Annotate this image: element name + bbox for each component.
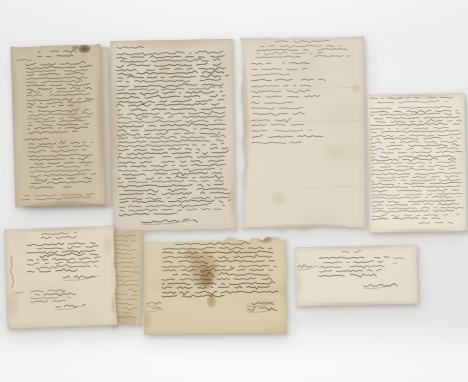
document-bottom-center-surface: [144, 237, 288, 335]
manuscript-list-folded-handwriting: [240, 36, 366, 229]
manuscript-leaf-top-right: [367, 93, 467, 233]
document-bottom-center-handwriting: [144, 237, 288, 335]
manuscript-leaf-top-center: [110, 39, 236, 232]
document-bottom-left: [4, 225, 117, 329]
manuscript-list-folded: [240, 36, 366, 229]
document-bottom-left-handwriting: [4, 225, 117, 329]
manuscript-leaf-top-left: [10, 44, 105, 208]
photograph-of-manuscripts: [0, 0, 468, 382]
document-bottom-left-surface: [4, 225, 117, 329]
manuscript-list-folded-surface: [240, 36, 366, 229]
manuscript-leaf-top-right-surface: [367, 93, 467, 233]
manuscript-leaf-top-right-handwriting: [367, 93, 467, 233]
manuscript-leaf-top-center-surface: [110, 39, 236, 232]
receipt-bottom-right-handwriting: [294, 245, 418, 307]
manuscript-leaf-top-left-surface: [10, 44, 105, 208]
manuscript-leaf-top-center-handwriting: [110, 39, 236, 232]
manuscript-leaf-top-left-handwriting: [10, 44, 105, 208]
receipt-bottom-right-surface: [294, 245, 418, 307]
manuscript-scene: [0, 0, 468, 382]
receipt-bottom-right: [294, 245, 418, 307]
document-bottom-center: [144, 237, 288, 335]
